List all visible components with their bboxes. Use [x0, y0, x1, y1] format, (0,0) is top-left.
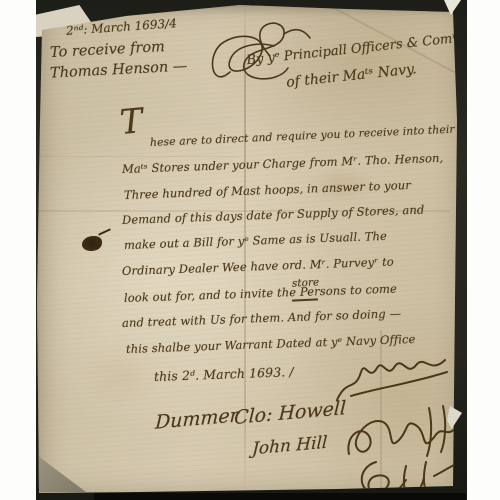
- body-initial-letter: T: [118, 101, 144, 143]
- photo-dark-background: 2ⁿᵈ: March 1693/4 To receive from Thomas…: [36, 0, 467, 500]
- signature-right-3-illegible: [348, 446, 460, 500]
- letter-photograph: 2ⁿᵈ: March 1693/4 To receive from Thomas…: [0, 0, 500, 500]
- interlinear-insertion: store: [292, 276, 320, 289]
- horizontal-fold-crease-faint: [38, 156, 238, 157]
- photo-bottom-shadow-band: [94, 493, 466, 500]
- signature-right-1-illegible: [333, 352, 451, 406]
- letter-paper: 2ⁿᵈ: March 1693/4 To receive from Thomas…: [36, 0, 467, 500]
